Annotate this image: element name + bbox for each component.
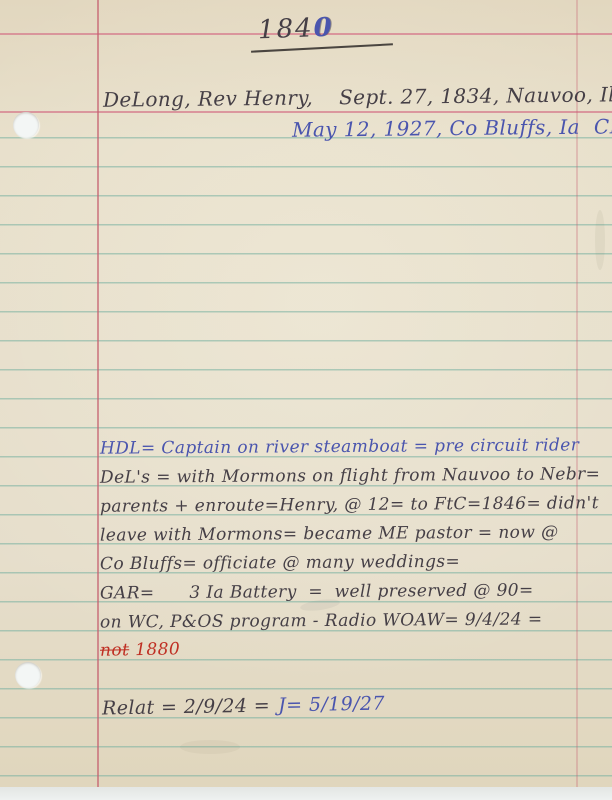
year-heading-corrected-digit: 0: [313, 13, 334, 44]
note-line: GAR= 3 Ia Battery = well preserved @ 90=: [100, 580, 534, 603]
note-line: on WC, P&OS program - Radio WOAW= 9/4/24…: [100, 609, 543, 632]
left-margin-line: [97, 0, 99, 788]
scanned-notecard-page: 1840 DeLong, Rev Henry,Sept. 27, 1834, N…: [0, 0, 612, 800]
header-line-death: May 12, 1927, Co Bluffs, IaCB: [292, 114, 612, 141]
struck-word: not: [100, 640, 130, 661]
top-margin-line-2: [0, 111, 612, 113]
paper-stain: [595, 210, 605, 270]
header-line-birth: DeLong, Rev Henry,Sept. 27, 1834, Nauvoo…: [103, 82, 612, 111]
hole-punch-bottom: [15, 662, 41, 688]
hole-punch-top: [13, 112, 39, 138]
note-line: parents + enroute=Henry, @ 12= to FtC=18…: [100, 493, 599, 516]
ruled-lines: [0, 137, 612, 779]
note-line: Co Bluffs= officiate @ many weddings=: [100, 552, 460, 575]
person-name: DeLong, Rev Henry,: [103, 86, 313, 112]
footer-blue-date: J= 5/19/27: [278, 693, 385, 717]
red-correction: not1880: [100, 639, 180, 660]
correction-value: 1880: [135, 639, 180, 660]
birth-info: Sept. 27, 1834, Nauvoo, Ill: [339, 82, 612, 109]
footer-dates: Relat = 2/9/24 =J= 5/19/27: [102, 693, 385, 720]
scan-edge: [0, 787, 612, 800]
note-line: leave with Mormons= became ME pastor = n…: [100, 522, 559, 545]
paper-stain: [180, 740, 240, 754]
note-line: DeL's = with Mormons on flight from Nauv…: [100, 464, 600, 487]
death-suffix: CB: [594, 114, 612, 138]
footer-dark-date: Relat = 2/9/24 =: [102, 695, 270, 720]
year-heading-prefix: 184: [257, 13, 314, 45]
note-line: HDL= Captain on river steamboat = pre ci…: [100, 435, 579, 458]
death-info: May 12, 1927, Co Bluffs, Ia: [292, 115, 580, 142]
year-heading: 1840: [257, 13, 334, 46]
